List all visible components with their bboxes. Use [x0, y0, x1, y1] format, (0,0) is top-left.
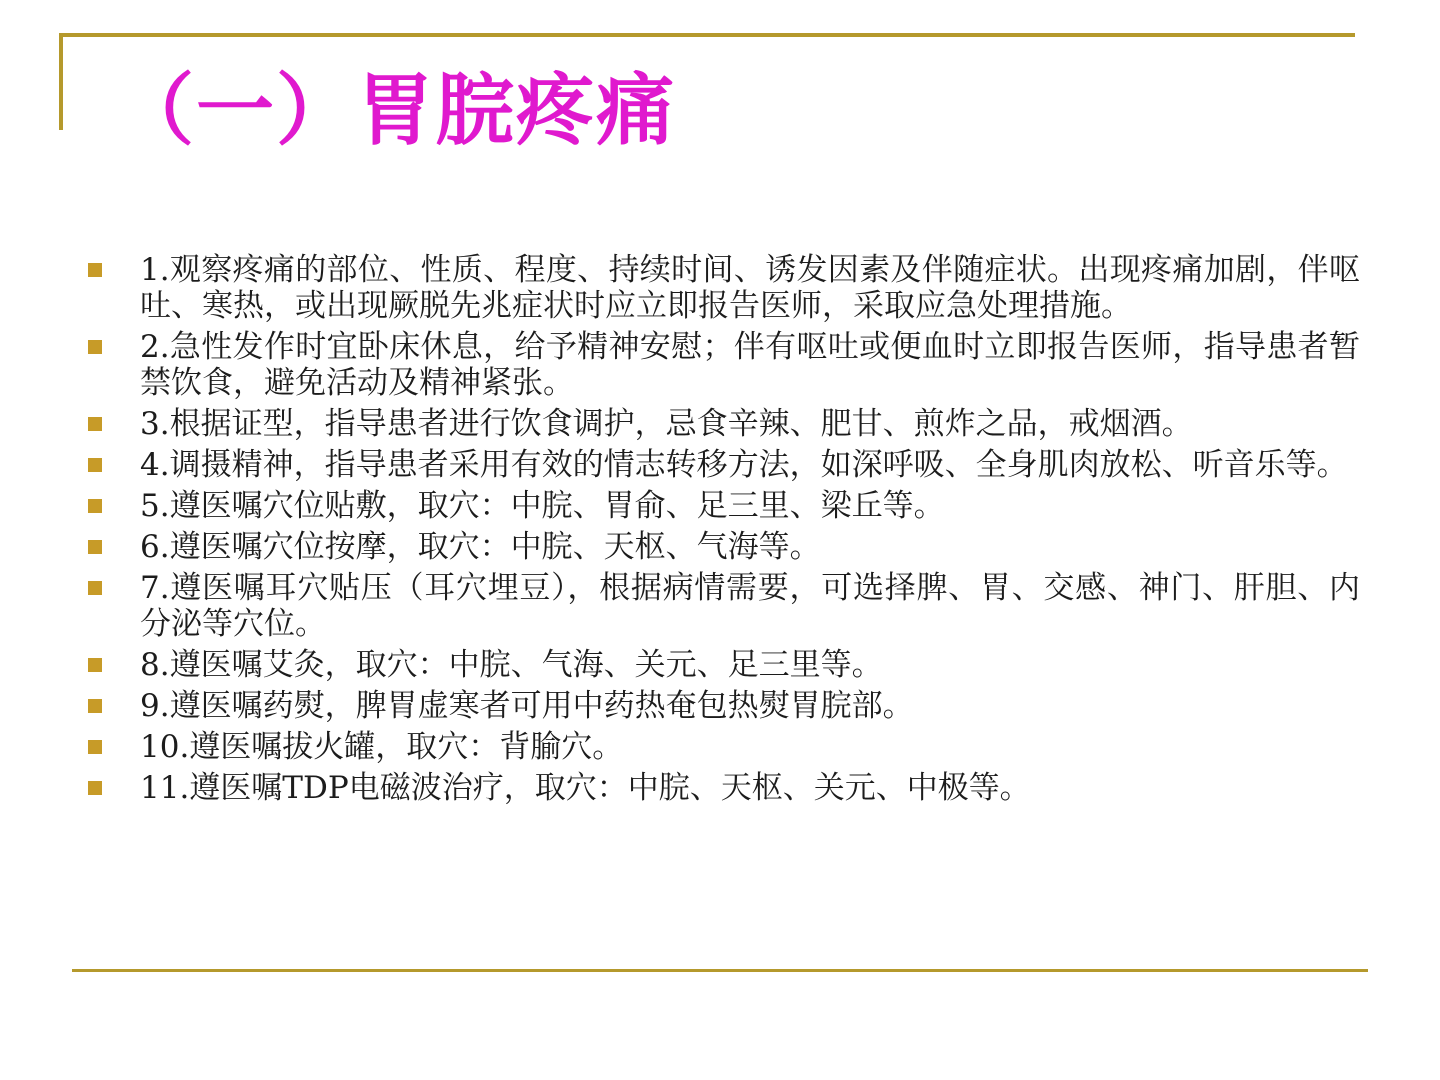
bullet-square-icon — [88, 658, 102, 672]
list-item-text: 7.遵医嘱耳穴贴压（耳穴埋豆），根据病情需要，可选择脾、胃、交感、神门、肝胆、内… — [140, 570, 1360, 642]
list-item-text: 6.遵医嘱穴位按摩，取穴：中脘、天枢、气海等。 — [140, 529, 1360, 565]
left-rule — [59, 33, 63, 130]
list-item-text: 9.遵医嘱药熨，脾胃虚寒者可用中药热奄包热熨胃脘部。 — [140, 688, 1360, 724]
list-item: 6.遵医嘱穴位按摩，取穴：中脘、天枢、气海等。 — [88, 529, 1360, 565]
list-item-text: 5.遵医嘱穴位贴敷，取穴：中脘、胃俞、足三里、梁丘等。 — [140, 488, 1360, 524]
bullet-square-icon — [88, 417, 102, 431]
list-item: 10.遵医嘱拔火罐，取穴：背腧穴。 — [88, 729, 1360, 765]
list-item-text: 4.调摄精神，指导患者采用有效的情志转移方法，如深呼吸、全身肌肉放松、听音乐等。 — [140, 447, 1360, 483]
bullet-square-icon — [88, 499, 102, 513]
page-title: （一）胃脘疼痛 — [116, 48, 676, 160]
bullet-square-icon — [88, 540, 102, 554]
slide: （一）胃脘疼痛 1.观察疼痛的部位、性质、程度、持续时间、诱发因素及伴随症状。出… — [0, 0, 1440, 1080]
top-rule — [59, 33, 1355, 37]
bullet-square-icon — [88, 458, 102, 472]
list-item: 7.遵医嘱耳穴贴压（耳穴埋豆），根据病情需要，可选择脾、胃、交感、神门、肝胆、内… — [88, 570, 1360, 642]
list-item: 11.遵医嘱TDP电磁波治疗，取穴：中脘、天枢、关元、中极等。 — [88, 770, 1360, 806]
list-item-text: 2.急性发作时宜卧床休息，给予精神安慰；伴有呕吐或便血时立即报告医师，指导患者暂… — [140, 329, 1360, 401]
bullet-square-icon — [88, 340, 102, 354]
bullet-square-icon — [88, 581, 102, 595]
list-item: 3.根据证型，指导患者进行饮食调护，忌食辛辣、肥甘、煎炸之品，戒烟酒。 — [88, 406, 1360, 442]
care-list: 1.观察疼痛的部位、性质、程度、持续时间、诱发因素及伴随症状。出现疼痛加剧，伴呕… — [88, 252, 1360, 811]
list-item-text: 1.观察疼痛的部位、性质、程度、持续时间、诱发因素及伴随症状。出现疼痛加剧，伴呕… — [140, 252, 1360, 324]
list-item-text: 3.根据证型，指导患者进行饮食调护，忌食辛辣、肥甘、煎炸之品，戒烟酒。 — [140, 406, 1360, 442]
list-item-text: 11.遵医嘱TDP电磁波治疗，取穴：中脘、天枢、关元、中极等。 — [140, 770, 1360, 806]
list-item: 8.遵医嘱艾灸，取穴：中脘、气海、关元、足三里等。 — [88, 647, 1360, 683]
list-item-text: 8.遵医嘱艾灸，取穴：中脘、气海、关元、足三里等。 — [140, 647, 1360, 683]
bullet-square-icon — [88, 740, 102, 754]
bullet-square-icon — [88, 699, 102, 713]
bullet-square-icon — [88, 263, 102, 277]
bottom-rule — [72, 969, 1368, 972]
list-item-text: 10.遵医嘱拔火罐，取穴：背腧穴。 — [140, 729, 1360, 765]
list-item: 4.调摄精神，指导患者采用有效的情志转移方法，如深呼吸、全身肌肉放松、听音乐等。 — [88, 447, 1360, 483]
list-item: 1.观察疼痛的部位、性质、程度、持续时间、诱发因素及伴随症状。出现疼痛加剧，伴呕… — [88, 252, 1360, 324]
bullet-square-icon — [88, 781, 102, 795]
list-item: 5.遵医嘱穴位贴敷，取穴：中脘、胃俞、足三里、梁丘等。 — [88, 488, 1360, 524]
list-item: 9.遵医嘱药熨，脾胃虚寒者可用中药热奄包热熨胃脘部。 — [88, 688, 1360, 724]
list-item: 2.急性发作时宜卧床休息，给予精神安慰；伴有呕吐或便血时立即报告医师，指导患者暂… — [88, 329, 1360, 401]
